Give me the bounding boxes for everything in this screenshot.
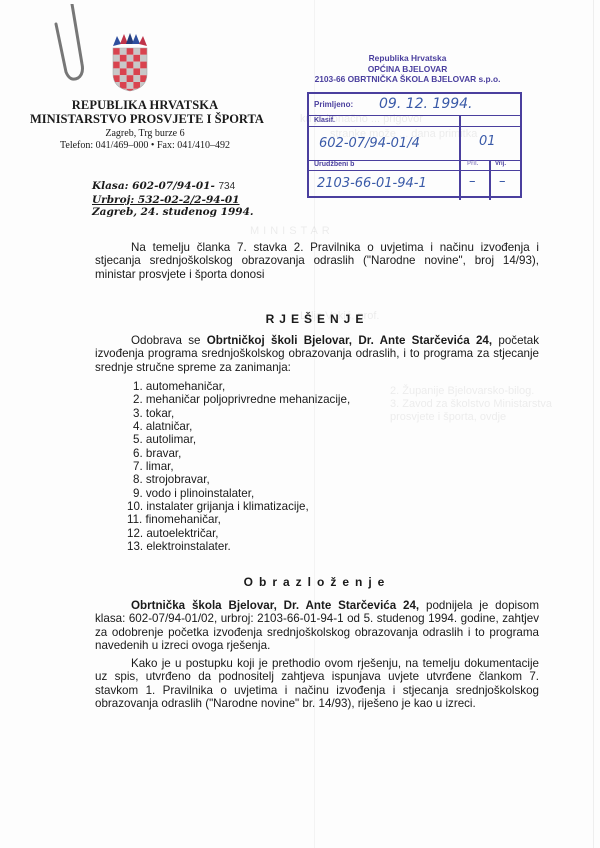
value-label: Vrij. bbox=[495, 161, 506, 167]
stamp-header: Republika Hrvatska OPĆINA BJELOVAR 2103-… bbox=[300, 53, 515, 85]
occupation-item: 6. bravar, bbox=[133, 447, 350, 460]
decision-paragraph: Odobrava se Obrtničkoj školi Bjelovar, D… bbox=[95, 334, 539, 374]
intro-paragraph: Na temelju članka 7. stavka 2. Pravilnik… bbox=[95, 241, 539, 281]
bleed-through-text: 3. Zavod za školstvo Ministarstva bbox=[390, 398, 552, 410]
occupation-item: 3. tokar, bbox=[133, 407, 350, 420]
occupations-list: 1. automehaničar,2. mehaničar poljoprivr… bbox=[133, 380, 350, 553]
stamp-line-1: Republika Hrvatska bbox=[300, 53, 515, 64]
country-name: REPUBLIKA HRVATSKA bbox=[30, 98, 260, 112]
occupation-item: 5. autolimar, bbox=[133, 433, 350, 446]
document-date: Zagreb, 24. studenog 1994. bbox=[92, 206, 254, 219]
received-label: Primljeno: bbox=[314, 100, 353, 109]
registry-label: Urudžbeni b bbox=[314, 161, 354, 168]
urbroj-line: Urbroj: 532-02-2/2-94-01 bbox=[92, 194, 254, 207]
attachments-value: – bbox=[469, 174, 476, 189]
value-value: – bbox=[499, 174, 506, 189]
registry-stamp: Primljeno: 09. 12. 1994. Klasif. 602-07/… bbox=[307, 92, 522, 198]
stamp-line-3: 2103-66 OBRTNIČKA ŠKOLA BJELOVAR s.p.o. bbox=[300, 74, 515, 85]
reasoning-paragraph-1: Obrtnička škola Bjelovar, Dr. Ante Starč… bbox=[95, 599, 539, 653]
reasoning-paragraph-2: Kako je u postupku koji je prethodio ovo… bbox=[95, 657, 539, 711]
occupation-item: 12. autoelektričar, bbox=[127, 527, 350, 540]
ministry-address: Zagreb, Trg burze 6 bbox=[30, 128, 260, 140]
bleed-through-text: 2. Županije Bjelovarsko-bilog. bbox=[390, 385, 534, 397]
page-edge bbox=[593, 0, 594, 848]
paperclip-icon bbox=[52, 4, 92, 84]
coat-of-arms-icon bbox=[110, 32, 150, 92]
school-name: Obrtnička škola Bjelovar, Dr. Ante Starč… bbox=[131, 599, 419, 612]
stamp-line-2: OPĆINA BJELOVAR bbox=[300, 64, 515, 75]
klasa-handwritten: 734 bbox=[218, 181, 235, 192]
occupation-item: 4. alatničar, bbox=[133, 420, 350, 433]
class-label: Klasif. bbox=[314, 117, 335, 124]
decision-text-pre: Odobrava se bbox=[131, 334, 207, 347]
attachments-label: Pril. bbox=[467, 161, 478, 167]
occupation-item: 9. vodo i plinoinstalater, bbox=[133, 487, 350, 500]
occupation-item: 13. elektroinstalater. bbox=[127, 540, 350, 553]
klasa-line: Klasa: 602-07/94-01- 734 bbox=[92, 180, 254, 194]
letterhead: REPUBLIKA HRVATSKA MINISTARSTVO PROSVJET… bbox=[30, 98, 260, 152]
school-name: Obrtničkoj školi Bjelovar, Dr. Ante Star… bbox=[207, 334, 492, 347]
document-page: ku je konačno ... prigovor stranke može … bbox=[0, 0, 600, 848]
occupation-item: 8. strojobravar, bbox=[133, 473, 350, 486]
class-extra: 01 bbox=[479, 134, 496, 149]
bleed-through-text: prosvjete i športa, ovdje bbox=[390, 411, 506, 423]
ministry-name: MINISTARSTVO PROSVJETE I ŠPORTA bbox=[30, 112, 260, 126]
decision-heading: RJEŠENJE bbox=[95, 312, 539, 326]
registry-number: 2103-66-01-94-1 bbox=[317, 176, 427, 191]
reasoning-heading: Obrazloženje bbox=[95, 575, 539, 589]
ministry-phone: Telefon: 041/469–000 • Fax: 041/410–492 bbox=[30, 140, 260, 152]
occupation-item: 10. instalater grijanja i klimatizacije, bbox=[127, 500, 350, 513]
klasa-number: Klasa: 602-07/94-01- bbox=[92, 180, 215, 192]
received-date: 09. 12. 1994. bbox=[379, 96, 473, 112]
occupation-item: 11. finomehaničar, bbox=[127, 513, 350, 526]
class-number: 602-07/94-01/4 bbox=[319, 136, 420, 151]
occupation-item: 1. automehaničar, bbox=[133, 380, 350, 393]
bleed-through-text: MINISTAR bbox=[250, 225, 334, 237]
occupation-item: 2. mehaničar poljoprivredne mehanizacije… bbox=[133, 393, 350, 406]
occupation-item: 7. limar, bbox=[133, 460, 350, 473]
reference-block: Klasa: 602-07/94-01- 734 Urbroj: 532-02-… bbox=[92, 180, 254, 219]
